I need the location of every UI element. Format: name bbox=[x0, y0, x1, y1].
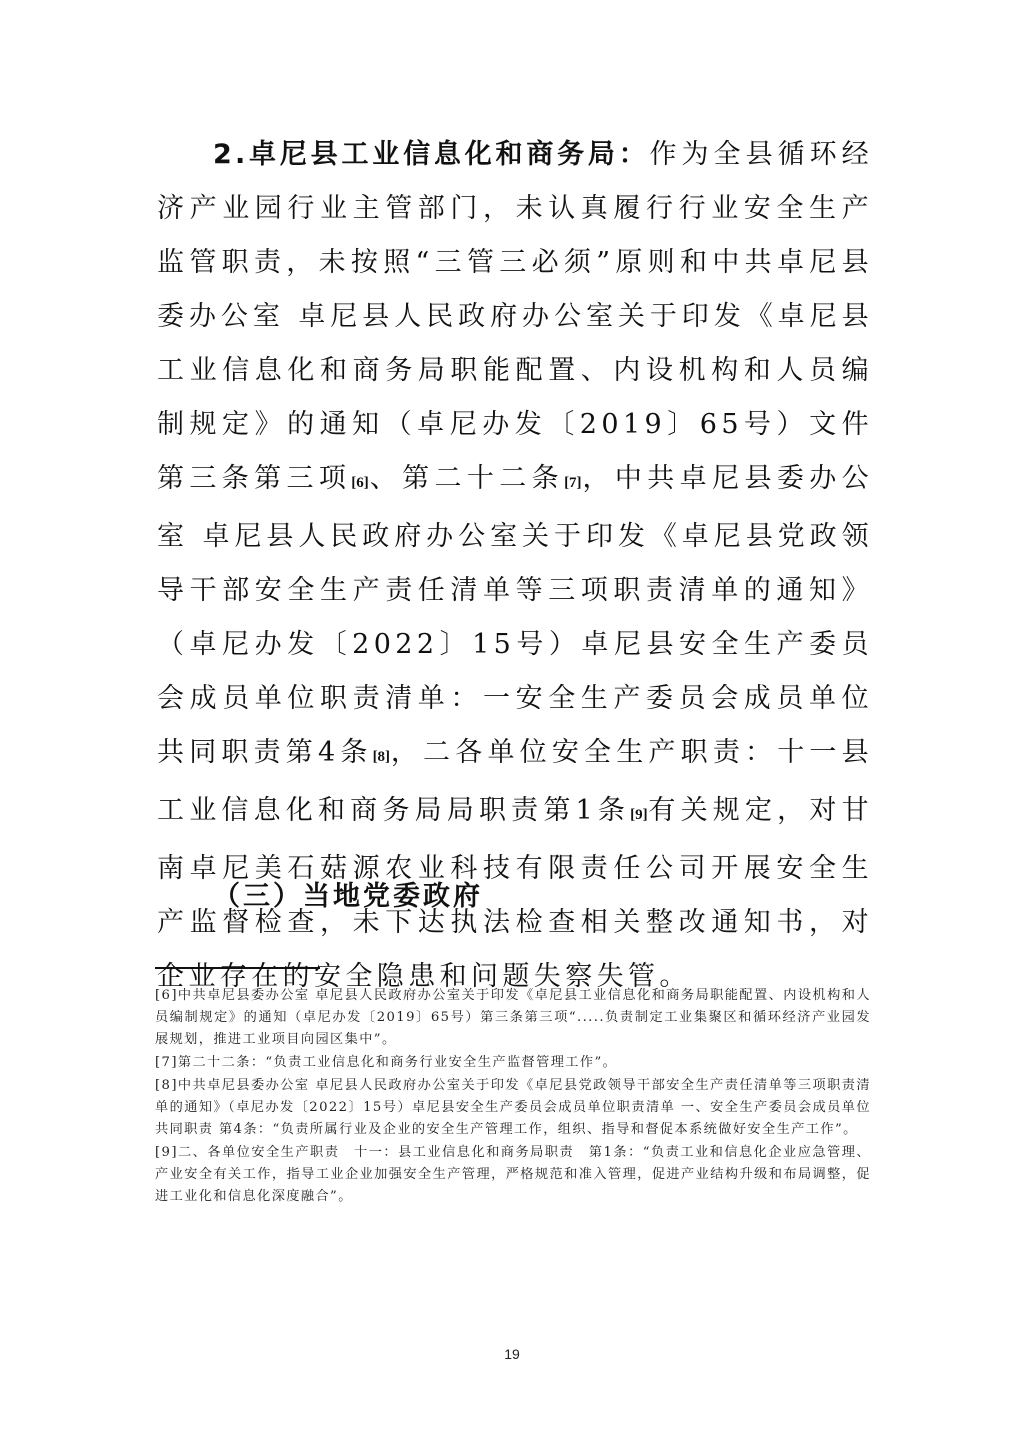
footnote-6: [6]中共卓尼县委办公室 卓尼县人民政府办公室关于印发《卓尼县工业信息化和商务局… bbox=[155, 985, 871, 1051]
paragraph-lead-heading: 2.卓尼县工业信息化和商务局： bbox=[213, 139, 650, 170]
paragraph-text: ，中共卓尼县委办公室 卓尼县人民政府办公室关于印发《卓尼县党政领导干部安全生产责… bbox=[157, 463, 873, 768]
body-text: 2.卓尼县工业信息化和商务局：作为全县循环经济产业园行业主管部门，未认真履行行业… bbox=[157, 128, 873, 1004]
footnote-8: [8]中共卓尼县委办公室 卓尼县人民政府办公室关于印发《卓尼县党政领导干部安全生… bbox=[155, 1075, 871, 1141]
paragraph-industry-bureau: 2.卓尼县工业信息化和商务局：作为全县循环经济产业园行业主管部门，未认真履行行业… bbox=[157, 128, 873, 1004]
footnote-ref-6[interactable]: [6] bbox=[351, 475, 369, 491]
document-page: 2.卓尼县工业信息化和商务局：作为全县循环经济产业园行业主管部门，未认真履行行业… bbox=[0, 0, 1024, 1448]
footnote-ref-9[interactable]: [9] bbox=[630, 807, 648, 823]
footnote-ref-8[interactable]: [8] bbox=[373, 749, 391, 765]
paragraph-text: 作为全县循环经济产业园行业主管部门，未认真履行行业安全生产监管职责，未按照“三管… bbox=[157, 139, 873, 494]
footnote-separator bbox=[155, 967, 320, 969]
section-heading: （三）当地党委政府 bbox=[213, 874, 483, 913]
footnote-9: [9]二、各单位安全生产职责 十一：县工业信息化和商务局职责 第1条：“负责工业… bbox=[155, 1142, 871, 1208]
footnote-ref-7[interactable]: [7] bbox=[564, 475, 582, 491]
footnotes: [6]中共卓尼县委办公室 卓尼县人民政府办公室关于印发《卓尼县工业信息化和商务局… bbox=[155, 985, 871, 1209]
page-number: 19 bbox=[0, 1346, 1024, 1362]
footnote-7: [7]第二十二条：“负责工业信息化和商务行业安全生产监督管理工作”。 bbox=[155, 1052, 871, 1074]
paragraph-text: 、第二十二条 bbox=[369, 463, 564, 494]
